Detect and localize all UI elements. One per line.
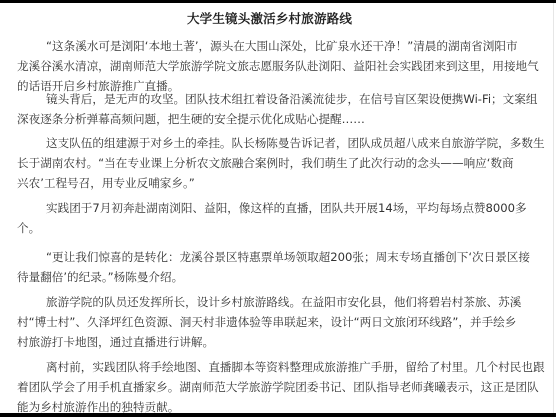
- paragraph-line: 长于湖南农村。“当在专业课上分析农文旅融合案例时，我们萌生了此次行动的念头——响…: [17, 153, 507, 173]
- paragraph-line: 村“博士村”、久泽坪红色资源、洞天村非遗体验等串联起来，设计“两日文旅闭环线路”…: [17, 312, 507, 332]
- paragraph-line: 实践团于7月初奔赴湖南浏阳、益阳，像这样的直播，团队共开展14场，平均每场点赞8…: [17, 198, 507, 218]
- paragraph-line: “这条溪水可是浏阳‘本地土著’，源头在大围山深处，比矿泉水还干净！”清晨的湖南省…: [17, 36, 507, 56]
- paragraph-line: 能为乡村旅游作出的独特贡献。: [17, 397, 507, 413]
- paragraph-4: 实践团于7月初奔赴湖南浏阳、益阳，像这样的直播，团队共开展14场，平均每场点赞8…: [17, 198, 507, 238]
- paragraph-line: 个。: [17, 218, 507, 238]
- paragraph-5: “更让我们惊喜的是转化：龙溪谷景区特惠票单场领取超200张；周末专场直播创下‘次…: [17, 247, 507, 287]
- paragraph-line: 着团队学会了用手机直播家乡。湖南师范大学旅游学院团委书记、团队指导老师龚曦表示，…: [17, 377, 507, 397]
- paragraph-line: 深夜逐条分析弹幕高频问题，把生硬的安全提示优化成贴心提醒……: [17, 109, 507, 129]
- paragraph-line: 龙溪谷溪水清凉，湖南师范大学旅游学院文旅志愿服务队赴浏阳、益阳社会实践团来到这里…: [17, 56, 507, 76]
- paragraph-line: 旅游学院的队员还发挥所长，设计乡村旅游路线。在益阳市安化县，他们将碧岩村茶旅、苏…: [17, 292, 507, 312]
- paragraph-6: 旅游学院的队员还发挥所长，设计乡村旅游路线。在益阳市安化县，他们将碧岩村茶旅、苏…: [17, 292, 507, 352]
- paragraph-7: 离村前，实践团队将手绘地图、直播脚本等资料整理成旅游推广手册，留给了村里。几个村…: [17, 357, 507, 413]
- paragraph-line: 离村前，实践团队将手绘地图、直播脚本等资料整理成旅游推广手册，留给了村里。几个村…: [17, 357, 507, 377]
- paragraph-line: “更让我们惊喜的是转化：龙溪谷景区特惠票单场领取超200张；周末专场直播创下‘次…: [17, 247, 507, 267]
- paragraph-2: 镜头背后，是无声的攻坚。团队技术组扛着设备沿溪流徒步，在信号盲区架设便携Wi-F…: [17, 89, 507, 129]
- paragraph-line: 待量翻倍’的纪录。”杨陈曼介绍。: [17, 267, 507, 287]
- article-title: 大学生镜头激活乡村旅游路线: [17, 11, 522, 27]
- paragraph-line: 村旅游打卡地图，通过直播进行讲解。: [17, 332, 507, 352]
- paragraph-1: “这条溪水可是浏阳‘本地土著’，源头在大围山深处，比矿泉水还干净！”清晨的湖南省…: [17, 36, 507, 96]
- paragraph-3: 这支队伍的组建源于对乡土的牵挂。队长杨陈曼告诉记者，团队成员超八成来自旅游学院，…: [17, 133, 507, 193]
- paragraph-line: 兴农’工程号召，用专业反哺家乡。”: [17, 173, 507, 193]
- paragraph-line: 镜头背后，是无声的攻坚。团队技术组扛着设备沿溪流徒步，在信号盲区架设便携Wi-F…: [17, 89, 507, 109]
- page-edge-divider: [553, 3, 554, 413]
- paragraph-line: 这支队伍的组建源于对乡土的牵挂。队长杨陈曼告诉记者，团队成员超八成来自旅游学院，…: [17, 133, 507, 153]
- article-page: 大学生镜头激活乡村旅游路线 “这条溪水可是浏阳‘本地土著’，源头在大围山深处，比…: [0, 3, 556, 413]
